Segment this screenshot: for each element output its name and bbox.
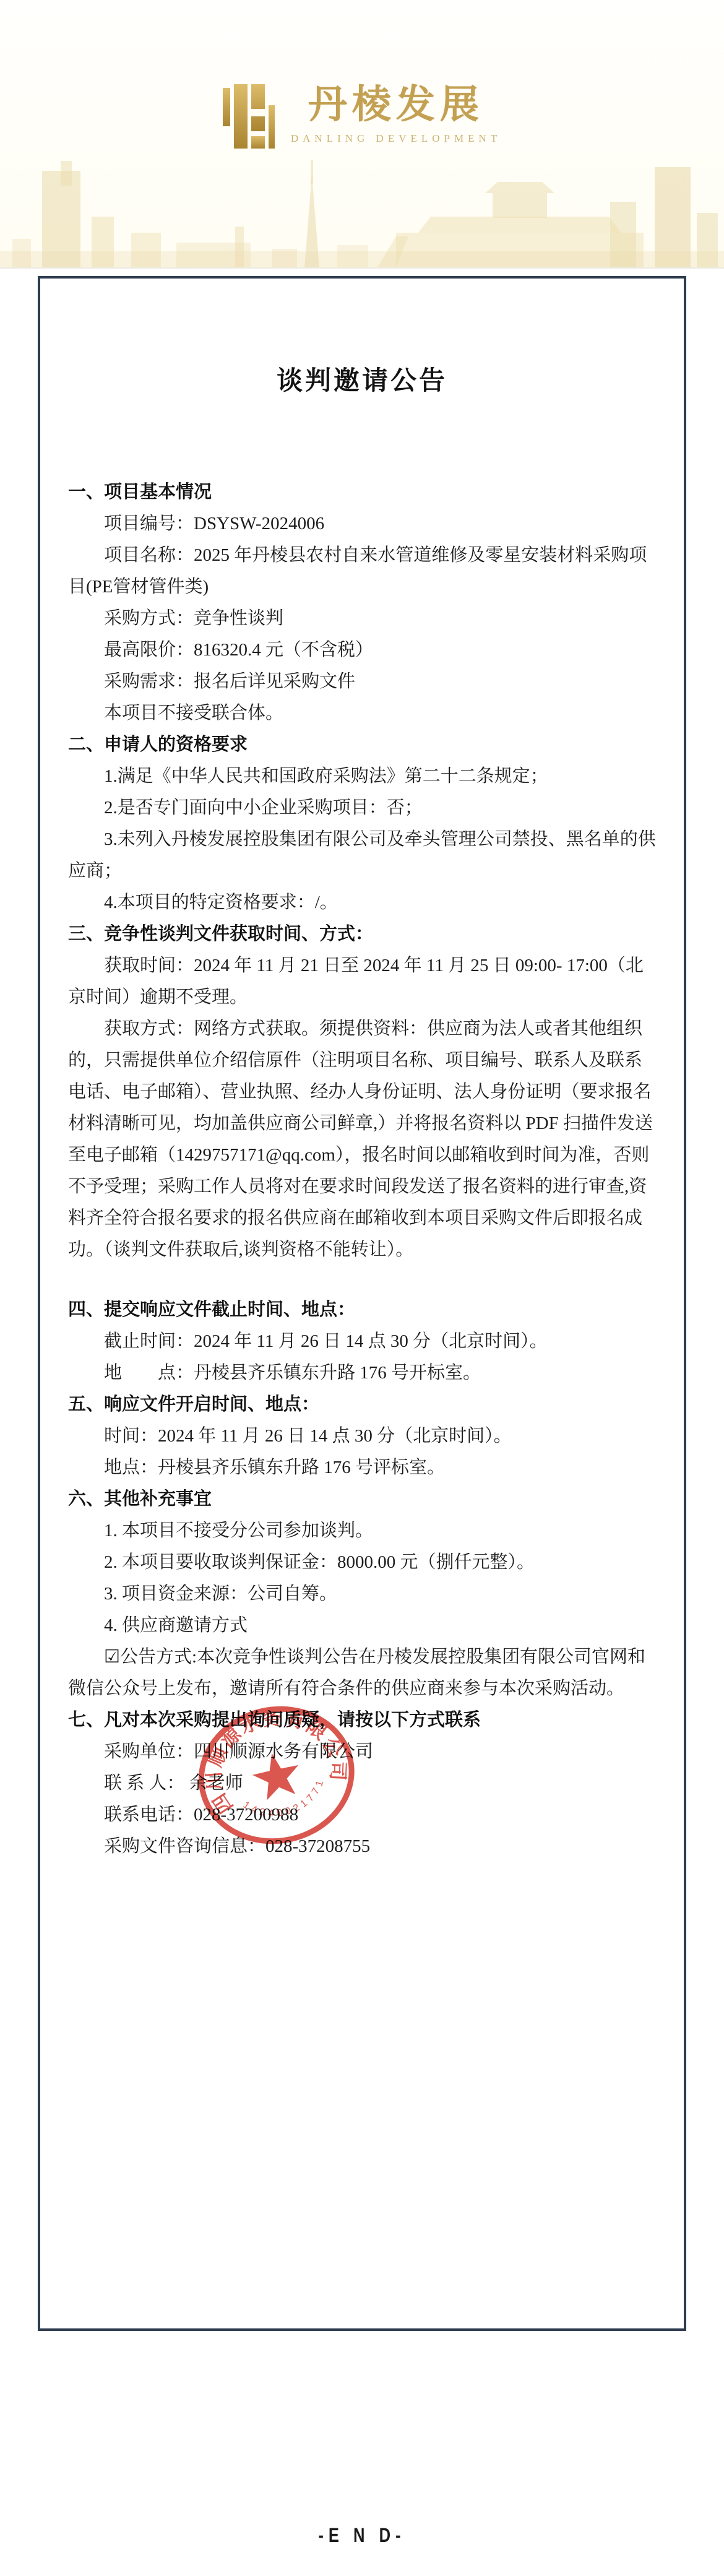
company-name-en: DANLING DEVELOPMENT xyxy=(291,132,501,145)
page-title: 谈判邀请公告 xyxy=(68,360,656,397)
no-consortium-note: 本项目不接受联合体。 xyxy=(68,698,656,729)
doc-consult-phone: 采购文件咨询信息：028-37208755 xyxy=(68,1831,656,1862)
supplement-1: 1. 本项目不接受分公司参加谈判。 xyxy=(68,1515,656,1547)
project-name: 项目名称：2025 年丹棱县农村自来水管道维修及零星安装材料采购项目(PE管材管… xyxy=(68,540,656,603)
contact-blocks: 七、凡对本次采购提出询问质疑，请按以下方式联系采购单位：四川顺源水务有限公司联 … xyxy=(68,1705,656,1862)
supplement-3: 3. 项目资金来源：公司自筹。 xyxy=(68,1578,656,1610)
procurement-demand: 采购需求：报名后详见采购文件 xyxy=(68,666,656,698)
opening-place: 地点：丹棱县齐乐镇东升路 176 号评标室。 xyxy=(68,1452,656,1484)
document-body: 一、项目基本情况项目编号：DSYSW-2024006项目名称：2025 年丹棱县… xyxy=(68,477,656,1862)
section-4-heading: 四、提交响应文件截止时间、地点： xyxy=(68,1294,656,1326)
obtain-method: 获取方式：网络方式获取。须提供资料：供应商为法人或者其他组织的，只需提供单位介绍… xyxy=(68,1013,656,1266)
seal-star-icon xyxy=(249,1748,304,1802)
end-mark: -E N D- xyxy=(72,2524,652,2572)
purchaser-unit: 采购单位：四川顺源水务有限公司 xyxy=(68,1736,656,1768)
section-6-heading: 六、其他补充事宜 xyxy=(68,1484,656,1515)
supplement-4: 4. 供应商邀请方式 xyxy=(68,1610,656,1641)
letterhead: 丹棱发展 DANLING DEVELOPMENT xyxy=(0,0,724,269)
supplement-2: 2. 本项目要收取谈判保证金：8000.00 元（捌仟元整）。 xyxy=(68,1547,656,1578)
section-7-heading: 七、凡对本次采购提出询问质疑，请按以下方式联系 xyxy=(68,1705,656,1736)
announcement-document: 谈判邀请公告 一、项目基本情况项目编号：DSYSW-2024006项目名称：20… xyxy=(38,276,686,2331)
qualification-2: 2.是否专门面向中小企业采购项目：否； xyxy=(68,792,656,824)
section-2-heading: 二、申请人的资格要求 xyxy=(68,729,656,761)
deadline-place: 地 点：丹棱县齐乐镇东升路 176 号开标室。 xyxy=(68,1357,656,1389)
project-number: 项目编号：DSYSW-2024006 xyxy=(68,508,656,540)
skyline-illustration xyxy=(0,157,724,267)
danling-logo-icon xyxy=(223,84,275,149)
qualification-4: 4.本项目的特定资格要求：/。 xyxy=(68,887,656,918)
company-logo: 丹棱发展 DANLING DEVELOPMENT xyxy=(0,84,724,149)
procurement-method: 采购方式：竞争性谈判 xyxy=(68,603,656,634)
deadline-time: 截止时间：2024 年 11 月 26 日 14 点 30 分（北京时间）。 xyxy=(68,1326,656,1357)
company-name-cn: 丹棱发展 xyxy=(308,84,484,125)
section-5-heading: 五、响应文件开启时间、地点： xyxy=(68,1389,656,1420)
section-1-heading: 一、项目基本情况 xyxy=(68,477,656,508)
obtain-time: 获取时间：2024 年 11 月 21 日至 2024 年 11 月 25 日 … xyxy=(68,950,656,1013)
qualification-1: 1.满足《中华人民共和国政府采购法》第二十二条规定； xyxy=(68,761,656,792)
section-3-heading: 三、竞争性谈判文件获取时间、方式： xyxy=(68,918,656,950)
announcement-method: ☑公告方式:本次竞争性谈判公告在丹棱发展控股集团有限公司官网和微信公众号上发布，… xyxy=(68,1641,656,1705)
max-price: 最高限价：816320.4 元（不含税） xyxy=(68,634,656,666)
opening-time: 时间：2024 年 11 月 26 日 14 点 30 分（北京时间）。 xyxy=(68,1420,656,1452)
document-sections: 一、项目基本情况项目编号：DSYSW-2024006项目名称：2025 年丹棱县… xyxy=(68,477,656,1705)
qualification-3: 3.未列入丹棱发展控股集团有限公司及牵头管理公司禁投、黑名单的供应商； xyxy=(68,824,656,887)
contact-section: 七、凡对本次采购提出询问质疑，请按以下方式联系采购单位：四川顺源水务有限公司联 … xyxy=(68,1705,656,1862)
